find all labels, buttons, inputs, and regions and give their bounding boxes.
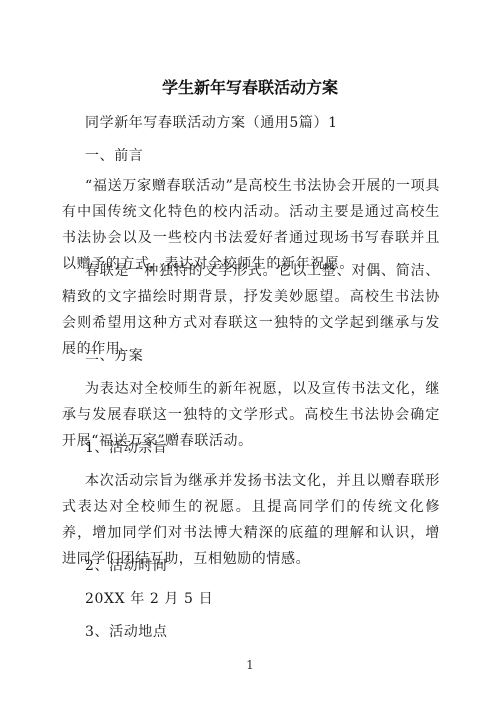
section-heading-purpose: 1、活动宗旨 xyxy=(62,435,463,461)
document-title: 学生新年写春联活动方案 xyxy=(0,77,500,99)
document-page: 学生新年写春联活动方案 同学新年写春联活动方案（通用5篇）1 一、前言 “福送万… xyxy=(0,0,500,707)
section-heading-plan: 二、方案 xyxy=(62,343,463,369)
event-date: 20XX 年 2 月 5 日 xyxy=(62,586,463,612)
section-heading-time: 2、活动时间 xyxy=(62,553,463,579)
document-subtitle: 同学新年写春联活动方案（通用5篇）1 xyxy=(62,110,463,136)
section-heading-preface: 一、前言 xyxy=(62,143,463,169)
page-number: 1 xyxy=(0,656,500,674)
section-heading-location: 3、活动地点 xyxy=(62,619,463,645)
